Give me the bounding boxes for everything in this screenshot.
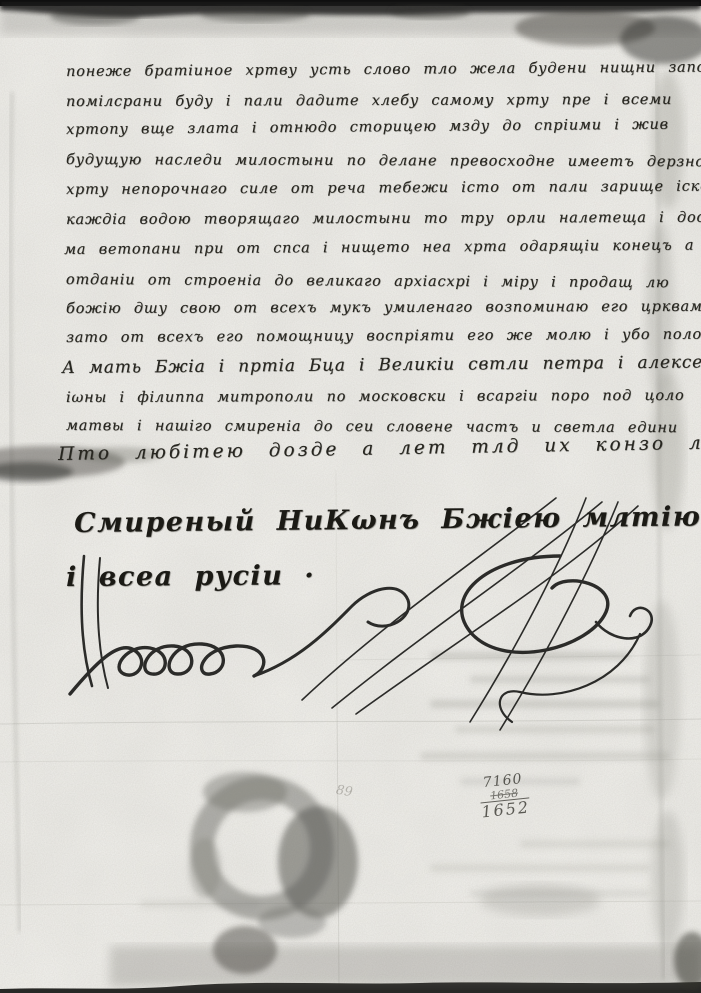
handwritten-line: Пто любітею дозде а лет тлд их конзо лот… xyxy=(58,431,701,465)
handwritten-line: божію дшу свою от всехъ мукъ умиленаго в… xyxy=(66,299,701,317)
handwritten-line: А мать Бжіа і пртіа Бца і Великіи свтли … xyxy=(62,352,701,378)
handwritten-line: матвы і нашіго смиреніа до сеи словене ч… xyxy=(66,418,678,436)
handwritten-line: зато от всехъ его помощницу воспріяти ег… xyxy=(66,326,701,346)
handwritten-line: ма ветопани при от спса і нището неа хрт… xyxy=(64,238,694,258)
ink-blot xyxy=(189,772,358,938)
paper-texture-layer xyxy=(0,0,701,993)
fold-creases xyxy=(0,470,701,988)
handwritten-line: каждіа водою творящаго милостыни то тру … xyxy=(66,210,701,228)
paper-mottling xyxy=(0,0,701,993)
handwritten-line: хрту непорочнаго силе от реча тебежи іст… xyxy=(66,179,701,198)
paper-grain-noise xyxy=(0,0,701,993)
stray-pencil-mark: 89 xyxy=(335,783,354,800)
paper-background xyxy=(0,0,701,993)
handwritten-line: іωны і філиппа митрополи по московски і … xyxy=(66,388,685,406)
handwritten-line: хртопу вще злата і отнюдо сторицею мзду … xyxy=(66,117,669,138)
signature-line-2: і всеа русіи · xyxy=(66,560,315,593)
handwritten-line: помілсрани буду і пали дадите хлебу само… xyxy=(66,92,672,110)
left-paper-edge xyxy=(10,92,20,932)
handwritten-line: понеже братіиное хртву усть слово тло же… xyxy=(66,59,701,80)
archival-date-note: 7160 1658 1652 xyxy=(478,772,531,822)
handwritten-line: будущую наследи милостыни по делане прев… xyxy=(66,152,701,170)
ink-flourish-layer xyxy=(0,0,701,993)
signature-line-1: Смиреный НиКωнъ Бжіею млтію патръ Москов… xyxy=(74,498,701,539)
manuscript-scan-page: понеже братіиное хртву усть слово тло же… xyxy=(0,0,701,993)
bleed-through-marks xyxy=(140,652,670,908)
bottom-scan-edge xyxy=(0,884,701,993)
handwritten-line: отданіи от строеніа до великаго архіасхр… xyxy=(66,272,670,291)
top-scan-edge xyxy=(0,0,701,64)
